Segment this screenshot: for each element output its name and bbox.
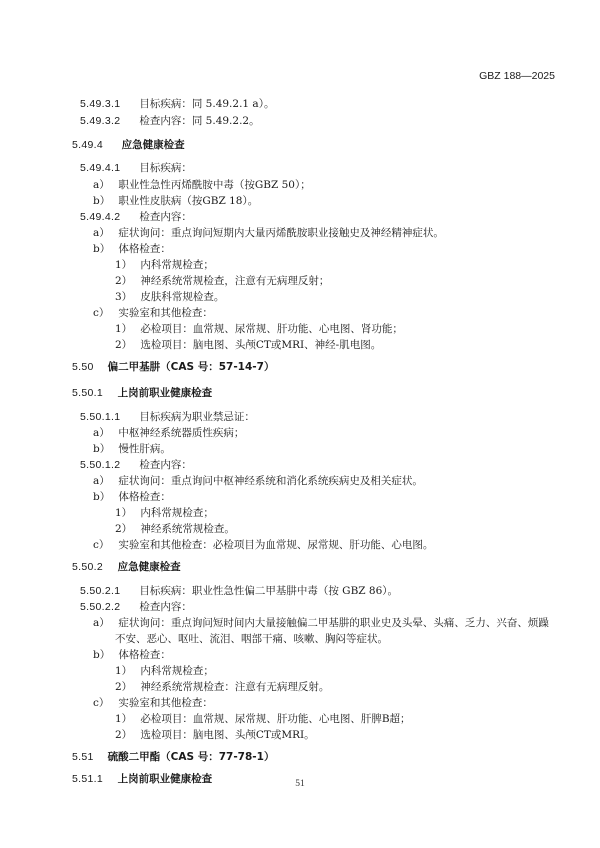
section-title: 应急健康检查 [122,139,185,151]
list-item: a） 职业性急性丙烯酰胺中毒（按GBZ 50）； [93,178,311,192]
clause-number: 5.50.1.1 [80,410,136,424]
list-text: 皮肤科常规检查。 [140,291,224,303]
clause-5-49-3-1: 5.49.3.1 目标疾病：同 5.49.2.1 a）。 [80,97,274,111]
list-item: b） 体格检查： [93,490,171,504]
clause-text: 目标疾病：同 5.49.2.1 a）。 [139,98,274,110]
list-text: 症状询问：重点询问短时间内大量接触偏二甲基肼的职业史及头晕、头痛、乏力、兴奋、烦… [118,617,549,629]
clause-5-50-1-1: 5.50.1.1 目标疾病为职业禁忌证： [80,410,255,424]
list-text: 神经系统常规检查，注意有无病理反射； [140,275,329,287]
list-marker: b） [93,442,115,456]
standard-code: GBZ 188—2025 [479,70,555,82]
section-heading-5-51: 5.51 硫酸二甲酯（CAS 号：77-78-1） [72,750,274,764]
list-item: c） 实验室和其他检查： [93,696,213,710]
list-item: b） 慢性肝病。 [93,442,171,456]
clause-text: 检查内容： [139,211,192,223]
list-item: a） 症状询问：重点询问短期内大量丙烯酰胺职业接触史及神经精神症状。 [93,226,444,240]
clause-5-50-2-2: 5.50.2.2 检查内容： [80,600,192,614]
list-item-continuation: 不安、恶心、呕吐、流泪、咽部干痛、咳嗽、胸闷等症状。 [115,632,388,646]
list-marker: b） [93,242,115,256]
list-text: 神经系统常规检查：注意有无病理反射。 [140,681,329,693]
sub-list-item: 2） 选检项目：脑电图、头颅CT或MRI。 [115,728,315,742]
clause-5-49-3-2: 5.49.3.2 检查内容：同 5.49.2.2。 [80,114,260,128]
clause-number: 5.49.4.1 [80,161,136,175]
clause-5-49-4-1: 5.49.4.1 目标疾病： [80,161,192,175]
list-item: a） 症状询问：重点询问中枢神经系统和消化系统疾病史及相关症状。 [93,474,423,488]
section-heading-5-50-1: 5.50.1 上岗前职业健康检查 [72,386,212,400]
list-marker: c） [93,306,115,320]
list-text: 内科常规检查； [140,259,214,271]
clause-5-50-2-1: 5.50.2.1 目标疾病：职业性急性偏二甲基肼中毒（按 GBZ 86）。 [80,584,398,598]
list-text: 不安、恶心、呕吐、流泪、咽部干痛、咳嗽、胸闷等症状。 [115,633,388,645]
section-title: 应急健康检查 [118,561,181,573]
list-marker: 2） [115,274,137,288]
section-title: 上岗前职业健康检查 [118,387,213,399]
list-text: 内科常规检查； [140,507,214,519]
section-heading-5-50-2: 5.50.2 应急健康检查 [72,560,181,574]
list-marker: 1） [115,664,137,678]
section-number: 5.51 [72,750,104,764]
list-marker: a） [93,426,115,440]
list-text: 症状询问：重点询问中枢神经系统和消化系统疾病史及相关症状。 [118,475,423,487]
list-marker: 2） [115,728,137,742]
list-marker: 1） [115,258,137,272]
list-item: b） 体格检查： [93,242,171,256]
list-text: 体格检查： [118,243,171,255]
list-marker: c） [93,696,115,710]
list-marker: 2） [115,680,137,694]
clause-number: 5.49.3.1 [80,97,136,111]
sub-list-item: 2） 神经系统常规检查。 [115,522,235,536]
list-marker: a） [93,474,115,488]
clause-number: 5.49.3.2 [80,114,136,128]
list-marker: 2） [115,522,137,536]
list-marker: 2） [115,338,137,352]
list-text: 职业性皮肤病（按GBZ 18）。 [118,195,258,207]
list-marker: c） [93,538,115,552]
section-heading-5-49-4: 5.49.4 应急健康检查 [72,138,185,152]
sub-list-item: 1） 内科常规检查； [115,664,214,678]
section-title: 硫酸二甲酯（CAS 号：77-78-1） [108,751,275,763]
list-marker: a） [93,226,115,240]
list-marker: 1） [115,712,137,726]
list-item: b） 体格检查： [93,648,171,662]
clause-number: 5.50.2.1 [80,584,136,598]
list-marker: 3） [115,290,137,304]
clause-text: 目标疾病为职业禁忌证： [139,411,255,423]
sub-list-item: 2） 神经系统常规检查，注意有无病理反射； [115,274,329,288]
clause-text: 检查内容：同 5.49.2.2。 [139,115,259,127]
list-text: 选检项目：脑电图、头颅CT或MRI。 [140,729,314,741]
page-number: 51 [0,779,600,789]
clause-5-49-4-2: 5.49.4.2 检查内容： [80,210,192,224]
list-item: a） 中枢神经系统器质性疾病； [93,426,244,440]
list-marker: 1） [115,506,137,520]
list-marker: b） [93,194,115,208]
list-text: 神经系统常规检查。 [140,523,235,535]
list-text: 中枢神经系统器质性疾病； [118,427,244,439]
list-item: c） 实验室和其他检查：必检项目为血常规、尿常规、肝功能、心电图。 [93,538,433,552]
list-text: 必检项目：血常规、尿常规、肝功能、心电图、肾功能； [140,323,403,335]
clause-number: 5.50.2.2 [80,600,136,614]
list-text: 症状询问：重点询问短期内大量丙烯酰胺职业接触史及神经精神症状。 [118,227,444,239]
list-text: 职业性急性丙烯酰胺中毒（按GBZ 50）； [118,179,310,191]
sub-list-item: 1） 必检项目：血常规、尿常规、肝功能、心电图、肾功能； [115,322,403,336]
clause-text: 目标疾病： [139,162,192,174]
list-item: b） 职业性皮肤病（按GBZ 18）。 [93,194,258,208]
list-text: 实验室和其他检查：必检项目为血常规、尿常规、肝功能、心电图。 [118,539,433,551]
list-marker: a） [93,616,115,630]
list-marker: b） [93,648,115,662]
section-number: 5.49.4 [72,138,118,152]
section-heading-5-50: 5.50 偏二甲基肼（CAS 号：57-14-7） [72,360,274,374]
clause-number: 5.49.4.2 [80,210,136,224]
clause-text: 目标疾病：职业性急性偏二甲基肼中毒（按 GBZ 86）。 [139,585,398,597]
list-text: 体格检查： [118,491,171,503]
section-title: 偏二甲基肼（CAS 号：57-14-7） [108,361,275,373]
clause-5-50-1-2: 5.50.1.2 检查内容： [80,458,192,472]
list-marker: 1） [115,322,137,336]
list-text: 选检项目：脑电图、头颅CT或MRI、神经-肌电图。 [140,339,381,351]
sub-list-item: 2） 选检项目：脑电图、头颅CT或MRI、神经-肌电图。 [115,338,381,352]
list-marker: b） [93,490,115,504]
list-text: 必检项目：血常规、尿常规、肝功能、心电图、肝脾B超； [140,713,410,725]
section-number: 5.50 [72,360,104,374]
list-text: 实验室和其他检查： [118,697,213,709]
list-marker: a） [93,178,115,192]
list-item: c） 实验室和其他检查： [93,306,213,320]
section-number: 5.50.2 [72,560,114,574]
sub-list-item: 1） 必检项目：血常规、尿常规、肝功能、心电图、肝脾B超； [115,712,411,726]
section-number: 5.50.1 [72,386,114,400]
clause-number: 5.50.1.2 [80,458,136,472]
sub-list-item: 1） 内科常规检查； [115,258,214,272]
list-item: a） 症状询问：重点询问短时间内大量接触偏二甲基肼的职业史及头晕、头痛、乏力、兴… [93,616,549,630]
sub-list-item: 2） 神经系统常规检查：注意有无病理反射。 [115,680,329,694]
clause-text: 检查内容： [139,459,192,471]
list-text: 体格检查： [118,649,171,661]
list-text: 慢性肝病。 [118,443,171,455]
sub-list-item: 3） 皮肤科常规检查。 [115,290,224,304]
list-text: 实验室和其他检查： [118,307,213,319]
list-text: 内科常规检查； [140,665,214,677]
clause-text: 检查内容： [139,601,192,613]
sub-list-item: 1） 内科常规检查； [115,506,214,520]
